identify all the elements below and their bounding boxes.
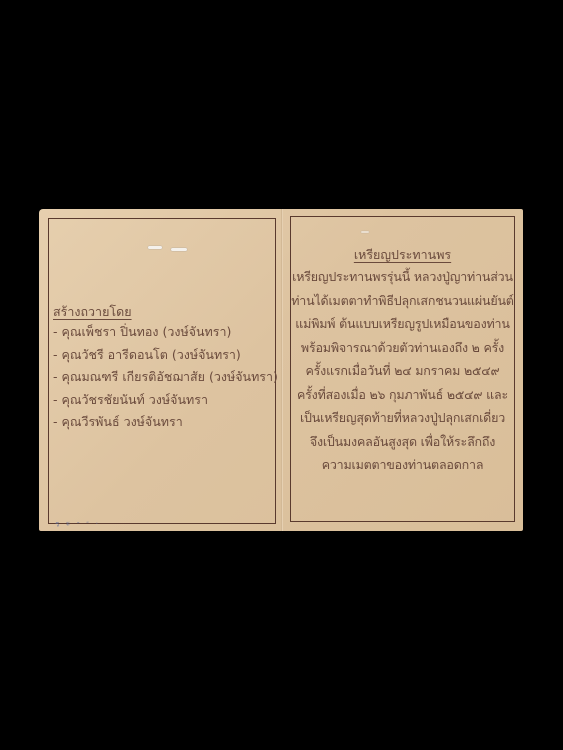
coin-heading: เหรียญประทานพร [290, 245, 515, 265]
donor-item: - คุณวัชรชัยนันท์ วงษ์จันทรา [53, 389, 278, 412]
description-line: เป็นเหรียญสุดท้ายที่หลวงปู่ปลุกเสกเดี่ยว [290, 406, 515, 430]
description-line: ครั้งที่สองเมื่อ ๒๖ กุมภาพันธ์ ๒๕๔๙ และ [290, 383, 515, 407]
donor-item: - คุณวัชรี อารีดอนโต (วงษ์จันทรา) [53, 344, 278, 367]
description-line: ความเมตตาของท่านตลอดกาล [290, 453, 515, 477]
description-line: จึงเป็นมงคลอันสูงสุด เพื่อให้ระลึกถึง [290, 430, 515, 454]
staple-mark-icon [171, 248, 187, 251]
donor-item: - คุณมณฑรี เกียรติอัชฌาสัย (วงษ์จันทรา) [53, 366, 278, 389]
donor-item: - คุณเพ็ชรา ปิ่นทอง (วงษ์จันทรา) [53, 321, 278, 344]
card-fold-line [281, 209, 283, 531]
coin-description: เหรียญประทานพรรุ่นนี้ หลวงปู่ญาท่านส่วน … [290, 265, 515, 477]
description-line: ครั้งแรกเมื่อวันที่ ๒๔ มกราคม ๒๕๔๙ [290, 359, 515, 383]
staple-mark-icon [148, 246, 162, 249]
handwritten-mark: ร ะ - - . [55, 514, 101, 530]
staple-mark-icon [361, 231, 369, 233]
donors-heading: สร้างถวายโดย [53, 302, 132, 322]
donor-list: - คุณเพ็ชรา ปิ่นทอง (วงษ์จันทรา) - คุณวั… [53, 321, 278, 434]
description-line: ท่านได้เมตตาทำพิธีปลุกเสกชนวนแผ่นยันต์ [290, 289, 515, 313]
description-line: แม่พิมพ์ ต้นแบบเหรียญรูปเหมือนของท่าน [290, 312, 515, 336]
certificate-card: สร้างถวายโดย - คุณเพ็ชรา ปิ่นทอง (วงษ์จั… [39, 209, 523, 531]
description-line: พร้อมพิจารณาด้วยตัวท่านเองถึง ๒ ครั้ง [290, 336, 515, 360]
donor-item: - คุณวีรพันธ์ วงษ์จันทรา [53, 411, 278, 434]
description-line: เหรียญประทานพรรุ่นนี้ หลวงปู่ญาท่านส่วน [290, 265, 515, 289]
